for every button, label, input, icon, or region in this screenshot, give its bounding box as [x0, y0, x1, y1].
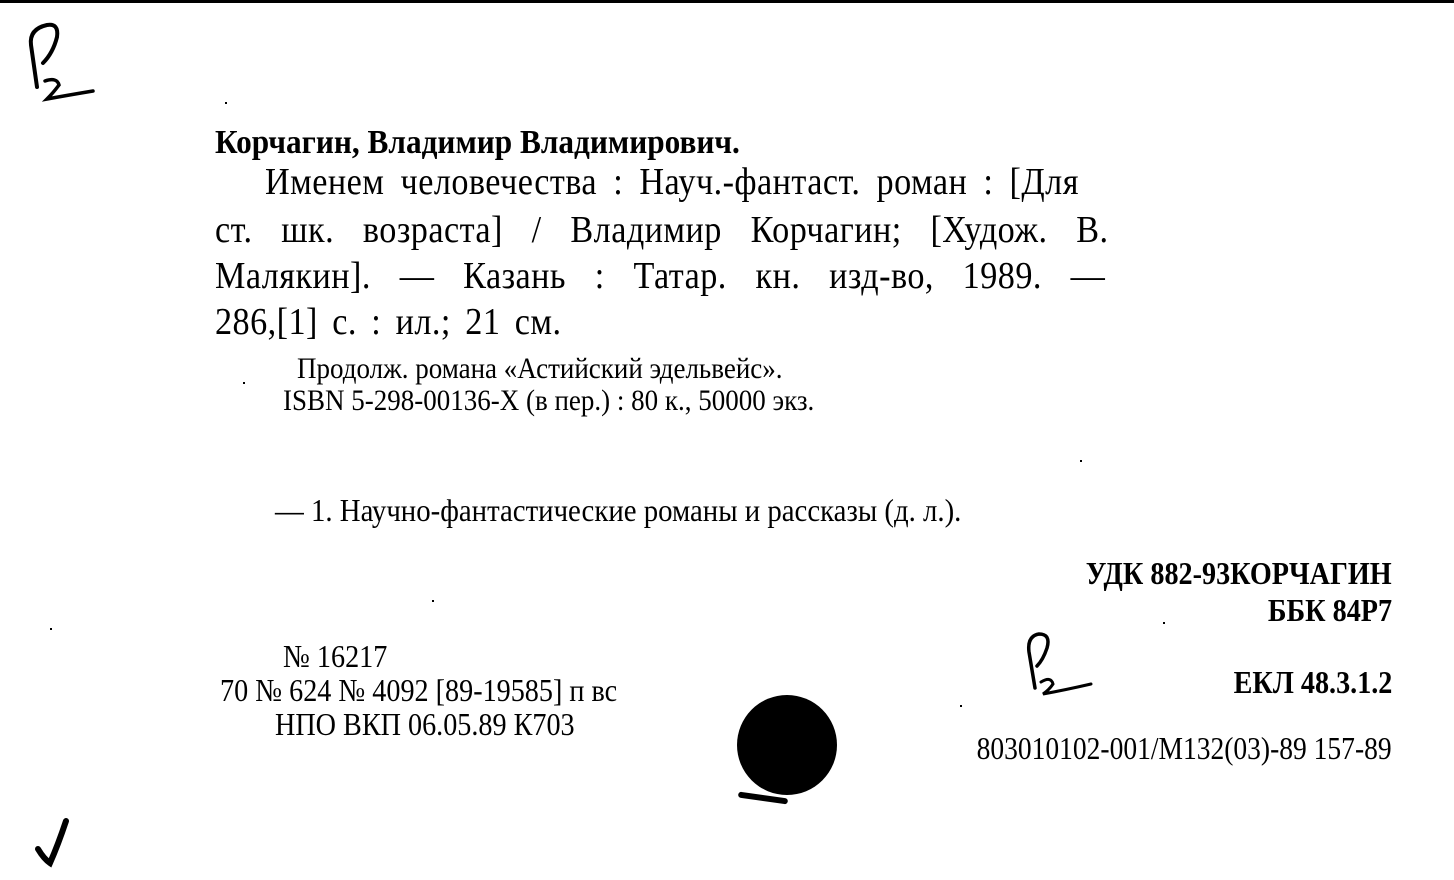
- bbk-classification: ББК 84Р7: [1268, 592, 1392, 629]
- dust-speck: [432, 600, 434, 602]
- dust-speck: [960, 705, 962, 707]
- printing-info: НПО ВКП 06.05.89 К703: [275, 706, 575, 743]
- registration-number: № 16217: [283, 638, 387, 675]
- description-line-2: ст. шк. возраста] / Владимир Корчагин; […: [215, 208, 1109, 252]
- order-numbers: 70 № 624 № 4092 [89-19585] п вс: [220, 672, 617, 709]
- dust-speck: [1163, 622, 1165, 624]
- subject-tracing: — 1. Научно-фантастические романы и расс…: [275, 492, 961, 529]
- author-heading: Корчагин, Владимир Владимирович.: [215, 124, 740, 162]
- handwritten-p2-mark-middle: [1025, 630, 1100, 700]
- description-line-3: Малякин]. — Казань : Татар. кн. изд-во, …: [215, 254, 1105, 298]
- series-note: Продолж. романа «Астийский эдельвейс».: [297, 352, 783, 386]
- publication-cipher: 803010102-001/М132(03)-89 157-89: [977, 730, 1392, 767]
- udk-classification: УДК 882-93КОРЧАГИН: [1086, 555, 1392, 592]
- handwritten-checkmark-icon: [30, 815, 80, 875]
- dust-speck: [243, 382, 245, 384]
- description-line-1: Именем человечества : Науч.-фантаст. ром…: [265, 160, 1079, 204]
- dust-speck: [50, 628, 52, 630]
- card-top-edge: [0, 0, 1454, 3]
- ink-blot: [737, 695, 837, 795]
- handwritten-p2-mark-top: [25, 15, 105, 105]
- ekl-classification: ЕКЛ 48.3.1.2: [1233, 664, 1392, 701]
- description-line-4: 286,[1] с. : ил.; 21 см.: [215, 300, 562, 344]
- isbn-note: ISBN 5-298-00136-X (в пер.) : 80 к., 500…: [283, 384, 814, 418]
- dust-speck: [225, 102, 227, 104]
- dust-speck: [1080, 460, 1082, 462]
